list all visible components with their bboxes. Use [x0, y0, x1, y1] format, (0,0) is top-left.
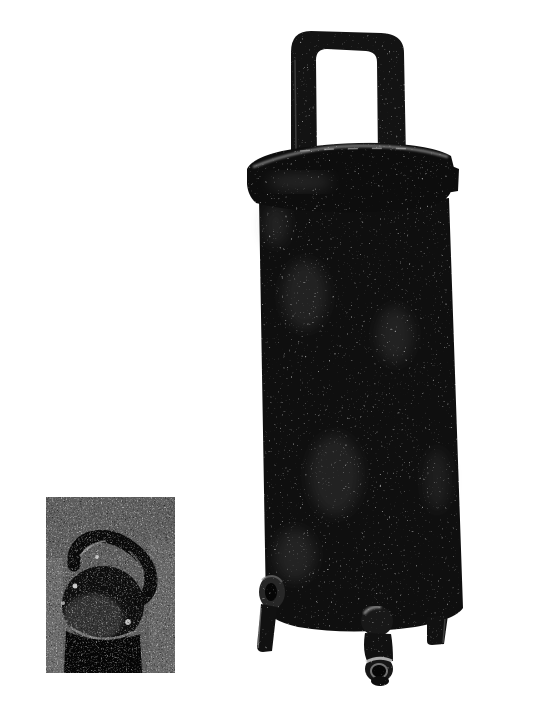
- photo-canvas: [0, 0, 550, 702]
- film-grain-overlay: [240, 28, 475, 690]
- inset-grain-dark: [46, 497, 175, 673]
- inset-detail-photo: [46, 497, 175, 673]
- canister-photo: [240, 28, 475, 690]
- canister-figure: [0, 0, 550, 702]
